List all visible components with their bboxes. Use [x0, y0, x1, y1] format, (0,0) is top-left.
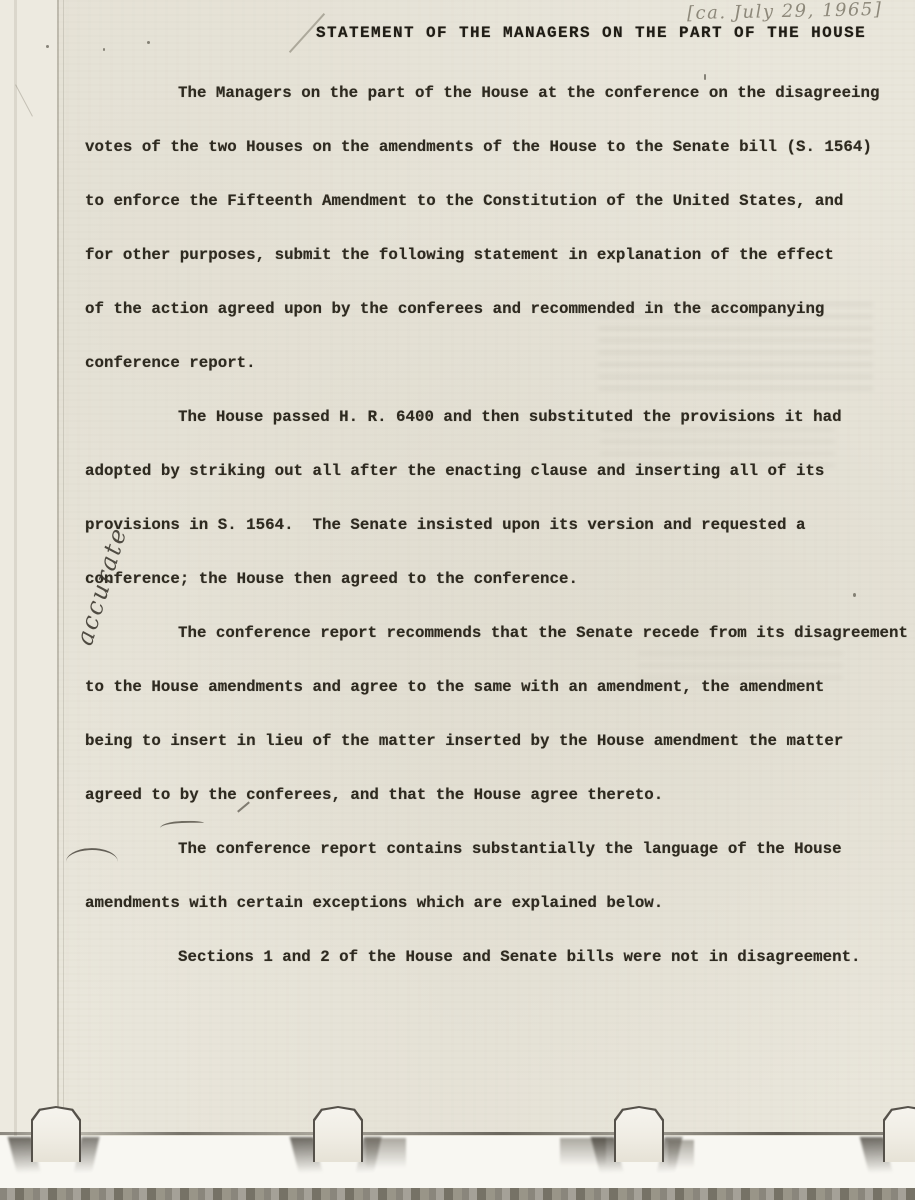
typed-line: votes of the two Houses on the amendment…	[85, 139, 905, 193]
mounting-tab-face	[616, 1108, 662, 1162]
edge-smudge	[668, 1140, 694, 1168]
mounting-tab	[883, 1106, 915, 1162]
mounting-tab	[31, 1106, 81, 1162]
typed-body-text: The Managers on the part of the House at…	[85, 85, 905, 1003]
mounting-tab	[614, 1106, 664, 1162]
ink-speck	[147, 41, 150, 44]
typed-line: for other purposes, submit the following…	[85, 247, 905, 301]
ink-speck	[853, 593, 856, 597]
vertical-crease-line	[14, 0, 17, 1136]
typed-line: provisions in S. 1564. The Senate insist…	[85, 517, 905, 571]
typed-line: The conference report contains substanti…	[85, 841, 905, 895]
left-margin-strip	[0, 0, 57, 1136]
typed-line: Sections 1 and 2 of the House and Senate…	[85, 949, 905, 1003]
scanner-edge-band	[0, 1188, 915, 1200]
typed-line: of the action agreed upon by the confere…	[85, 301, 905, 355]
typed-line: agreed to by the conferees, and that the…	[85, 787, 905, 841]
typed-line: amendments with certain exceptions which…	[85, 895, 905, 949]
scanned-document: [ca. July 29, 1965] STATEMENT OF THE MAN…	[0, 0, 915, 1200]
document-title: STATEMENT OF THE MANAGERS ON THE PART OF…	[316, 24, 866, 42]
typed-line: to enforce the Fifteenth Amendment to th…	[85, 193, 905, 247]
page-bottom-edge	[0, 1132, 915, 1135]
typed-line: conference; the House then agreed to the…	[85, 571, 905, 625]
typed-line: The Managers on the part of the House at…	[85, 85, 905, 139]
handwritten-date-annotation: [ca. July 29, 1965]	[687, 0, 883, 24]
mounting-tab-face	[885, 1108, 915, 1162]
mounting-tab	[313, 1106, 363, 1162]
typed-line: The conference report recommends that th…	[85, 625, 905, 679]
mounting-tab-face	[33, 1108, 79, 1162]
typed-line: to the House amendments and agree to the…	[85, 679, 905, 733]
mounting-tab-face	[315, 1108, 361, 1162]
typed-line: conference report.	[85, 355, 905, 409]
ink-speck	[46, 45, 49, 48]
typed-line: The House passed H. R. 6400 and then sub…	[85, 409, 905, 463]
typed-line: being to insert in lieu of the matter in…	[85, 733, 905, 787]
edge-smudge	[366, 1138, 406, 1168]
vertical-crease-line	[63, 0, 64, 1136]
ink-speck	[704, 74, 706, 80]
vertical-crease-line	[57, 0, 59, 1136]
paper-sheet: [ca. July 29, 1965] STATEMENT OF THE MAN…	[0, 0, 915, 1136]
ink-speck	[103, 48, 105, 51]
typed-line: adopted by striking out all after the en…	[85, 463, 905, 517]
